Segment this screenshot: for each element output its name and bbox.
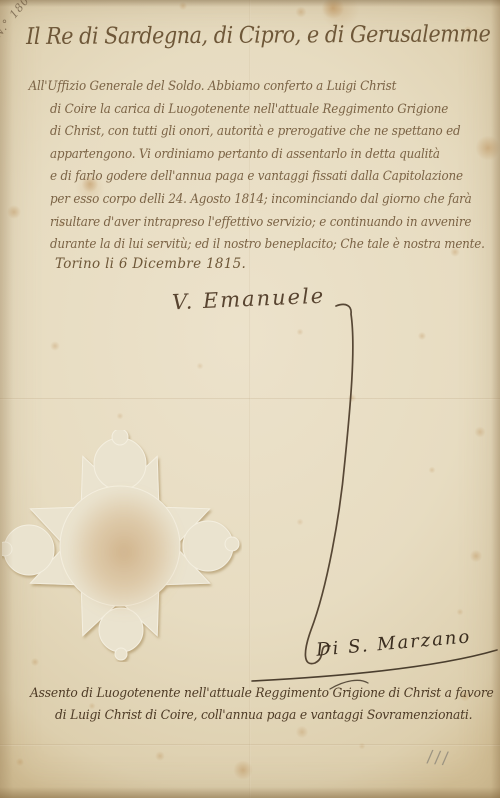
body-line: All'Uffizio Generale del Soldo. Abbiamo …: [50, 76, 485, 99]
body-line: e di farlo godere dell'annua paga e vant…: [50, 166, 485, 189]
body-line: appartengono. Vi ordiniamo pertanto di a…: [50, 144, 485, 167]
body-line: risultare d'aver intrapreso l'effettivo …: [50, 212, 485, 235]
body-line: di Christ, con tutti gli onori, autorità…: [50, 121, 485, 144]
countersignature: Di S. Marzano: [315, 626, 472, 660]
seal-wax-stain: [66, 488, 182, 616]
pencil-tally-mark: ///: [426, 747, 451, 769]
blind-embossed-royal-seal: [2, 430, 242, 662]
fold-crease-horizontal-upper: [0, 398, 500, 400]
fold-crease-horizontal-lower: [0, 744, 500, 746]
document-title: Il Re di Sardegna, di Cipro, e di Gerusa…: [26, 21, 490, 50]
docket-line: di Luigi Christ di Coire, coll'annua pag…: [55, 708, 472, 723]
manuscript-page: N.° 1807 Il Re di Sardegna, di Cipro, e …: [0, 0, 500, 798]
dateline: Torino li 6 Dicembre 1815.: [55, 256, 246, 272]
royal-signature: V. Emanuele: [172, 284, 326, 315]
body-text: All'Uffizio Generale del Soldo. Abbiamo …: [50, 76, 485, 257]
body-line: di Coire la carica di Luogotenente nell'…: [50, 99, 485, 122]
docket-line: Assento di Luogotenente nell'attuale Reg…: [30, 686, 494, 701]
body-line: durante la di lui servitù; ed il nostro …: [50, 234, 485, 257]
body-line: per esso corpo delli 24. Agosto 1814; in…: [50, 189, 485, 212]
